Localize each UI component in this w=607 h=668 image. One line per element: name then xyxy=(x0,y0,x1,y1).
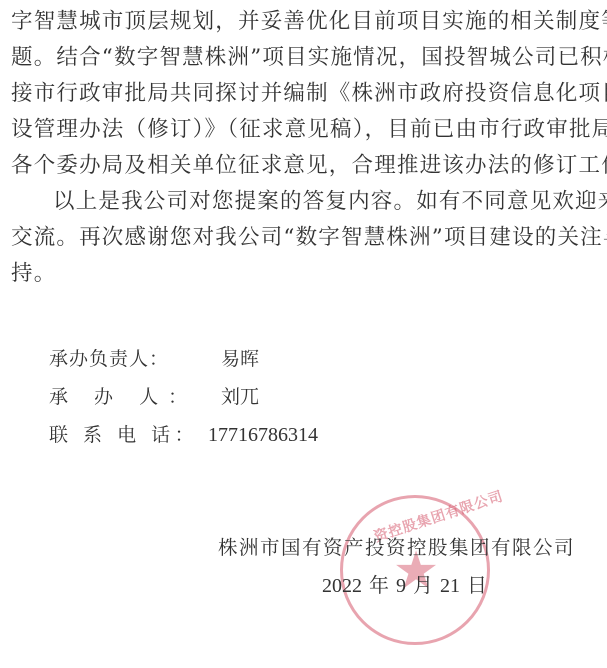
closing-line: 以上是我公司对您提案的答复内容。如有不同意见欢迎来电 xyxy=(11,184,603,220)
signature-organization: 株洲市国有资产投资控股集团有限公司 xyxy=(218,530,575,566)
paragraph-line: 题。结合“数字智慧株洲”项目实施情况，国投智城公司已积极对 xyxy=(11,40,603,76)
contact-label: 联 系 电 话： xyxy=(49,418,174,452)
contact-value: 易晖 xyxy=(221,342,259,376)
paragraph-line: 接市行政审批局共同探讨并编制《株洲市政府投资信息化项目建 xyxy=(11,76,603,112)
contact-value: 刘兀 xyxy=(221,380,259,414)
contact-label: 承 办 人： xyxy=(49,380,174,414)
paragraph-line: 各个委办局及相关单位征求意见，合理推进该办法的修订工作。 xyxy=(11,148,603,184)
body-text: 字智慧城市顶层规划，并妥善优化目前项目实施的相关制度等问 题。结合“数字智慧株洲… xyxy=(11,4,603,292)
closing-line: 交流。再次感谢您对我公司“数字智慧株洲”项目建设的关注与支 xyxy=(11,220,603,256)
contact-label: 承办负责人： xyxy=(49,342,174,376)
closing-line: 持。 xyxy=(11,256,603,292)
contact-value: 17716786314 xyxy=(208,418,318,452)
signature-date: 2022 年 9 月 21 日 xyxy=(322,568,487,604)
document-page: 字智慧城市顶层规划，并妥善优化目前项目实施的相关制度等问 题。结合“数字智慧株洲… xyxy=(0,0,607,668)
paragraph-line: 设管理办法（修订）》（征求意见稿），目前已由市行政审批局向 xyxy=(11,112,603,148)
paragraph-line: 字智慧城市顶层规划，并妥善优化目前项目实施的相关制度等问 xyxy=(11,4,603,40)
